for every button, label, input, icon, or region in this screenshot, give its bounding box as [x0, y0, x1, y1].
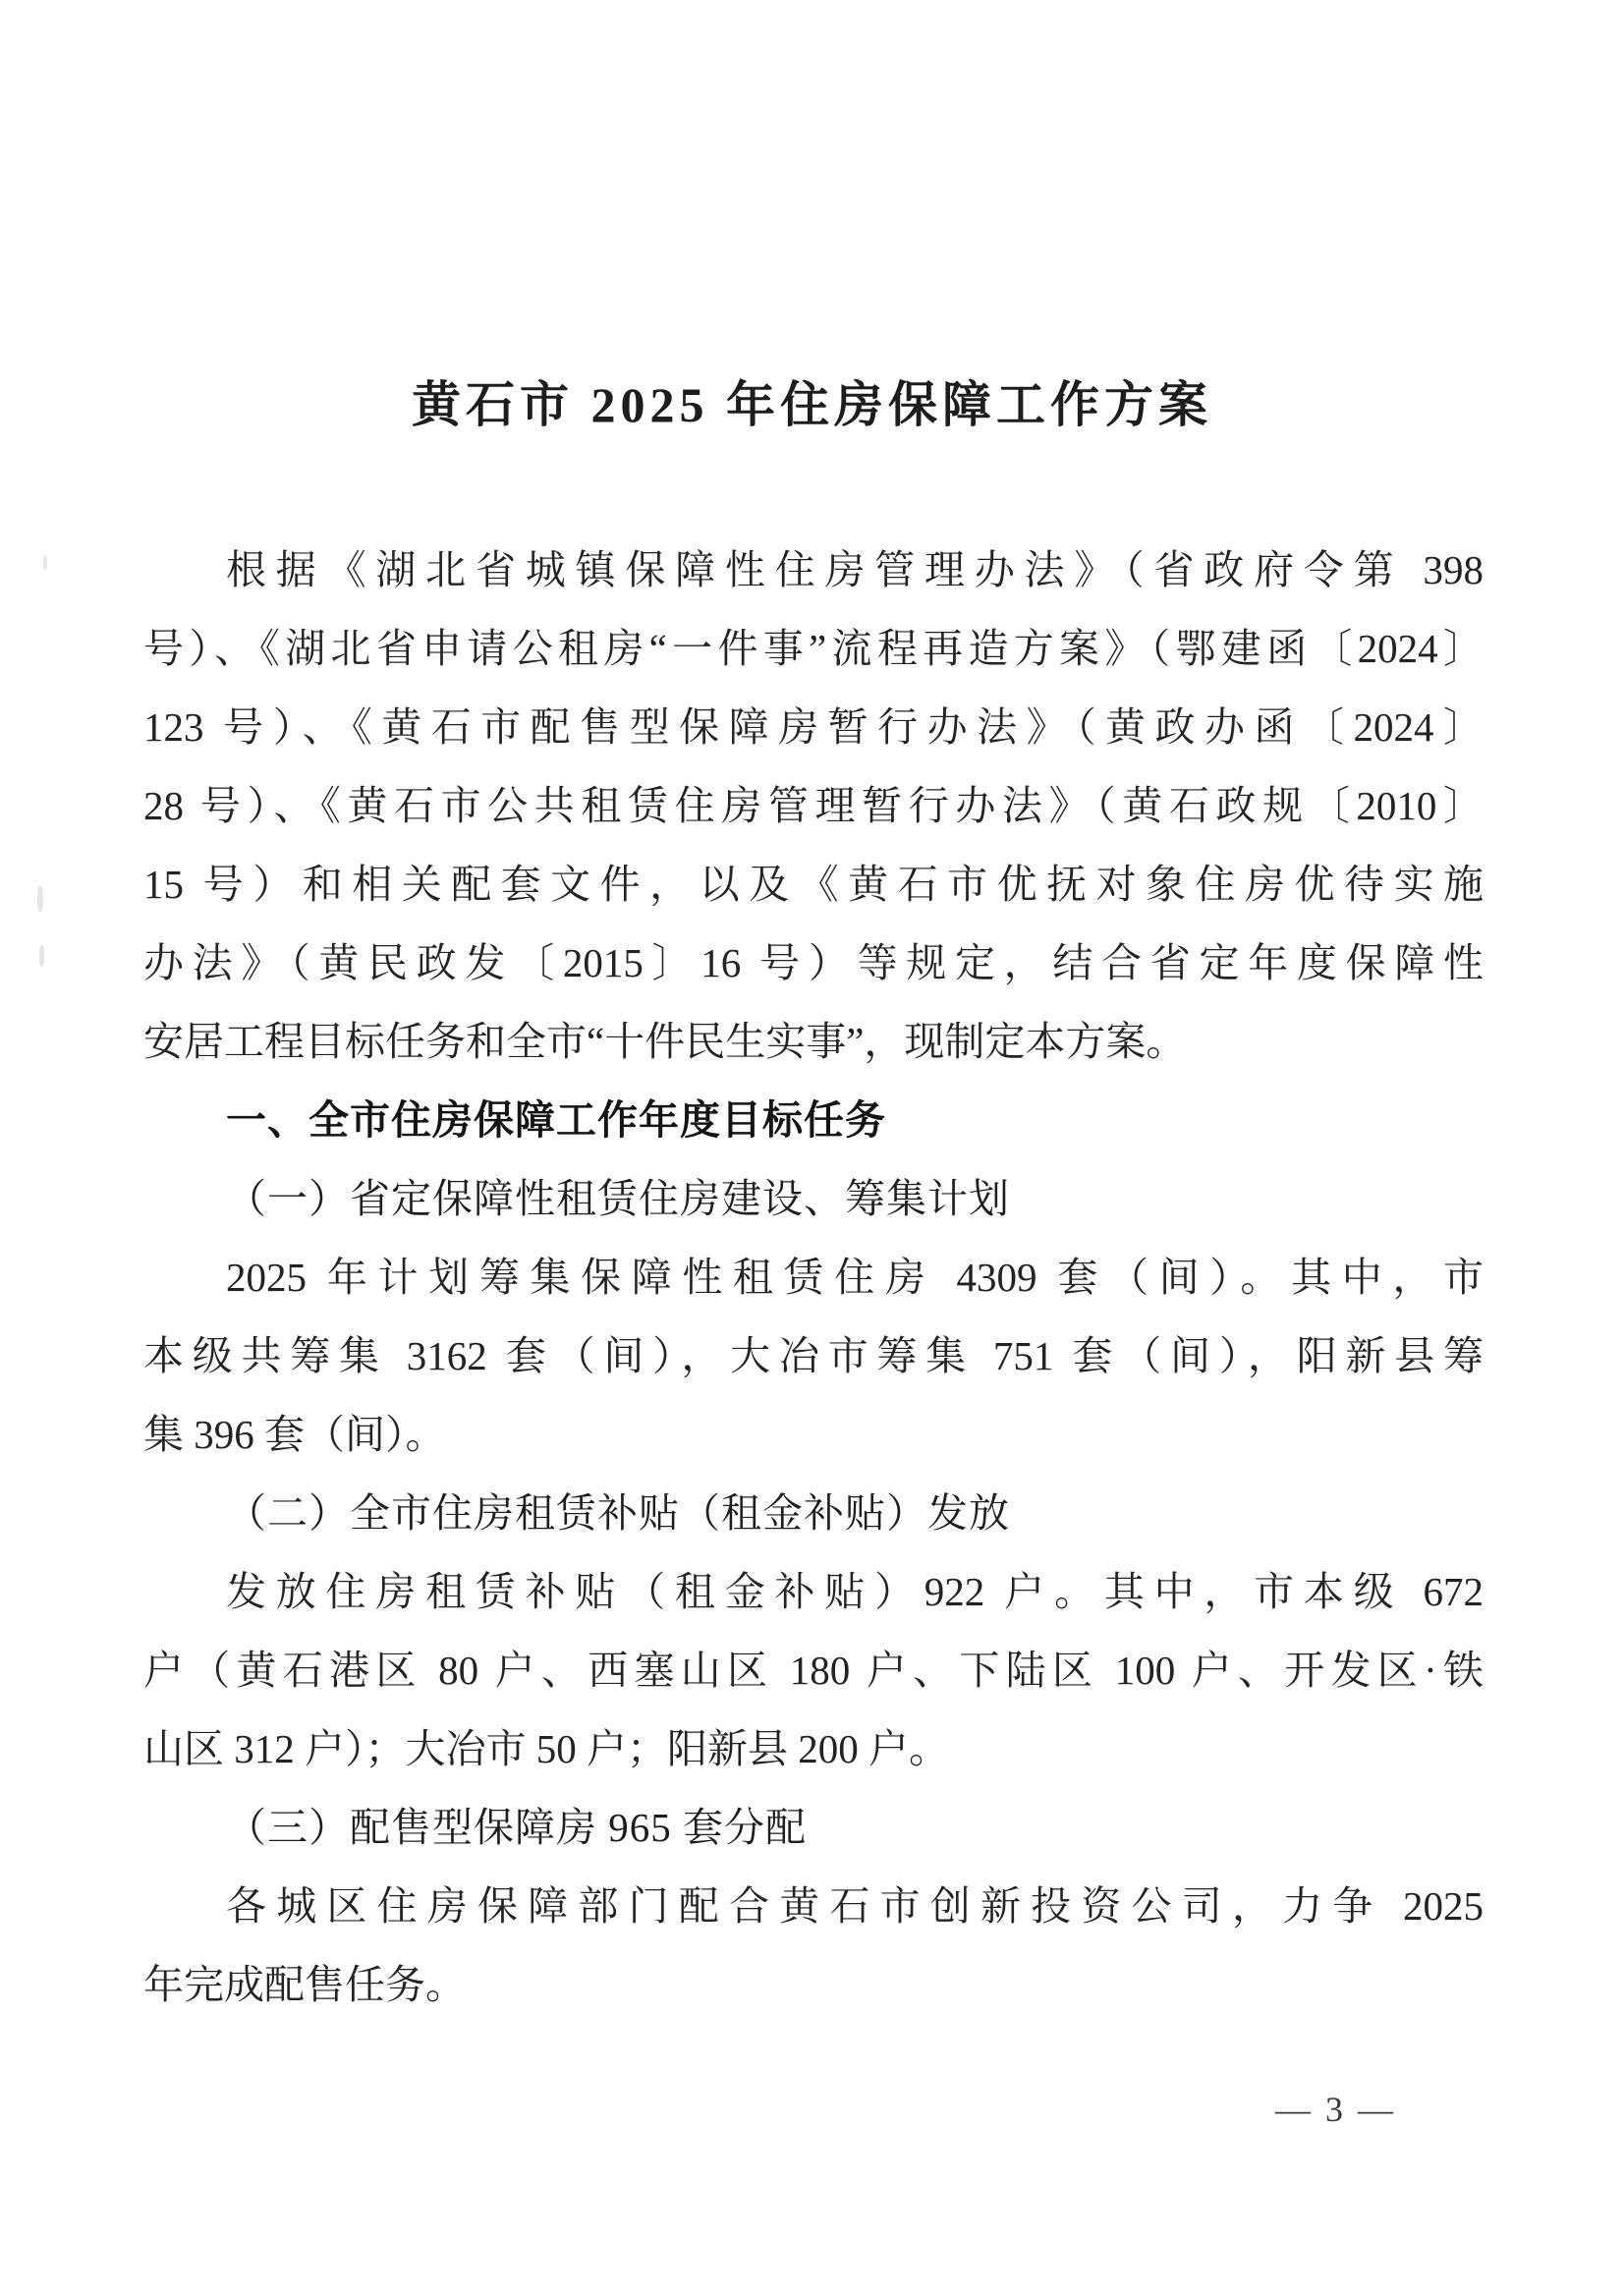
sub-heading: （一）省定保障性租赁住房建设、筹集计划 [143, 1159, 1484, 1238]
text-line: 本级共筹集 3162 套（间），大冶市筹集 751 套（间），阳新县筹 [143, 1316, 1484, 1395]
text-line: 号）、《湖北省申请公租房“一件事”流程再造方案》（鄂建函〔2024〕 [143, 609, 1484, 688]
scan-artifact [43, 556, 47, 570]
text-line: 户（黄石港区 80 户、西塞山区 180 户、下陆区 100 户、开发区·铁 [143, 1631, 1484, 1709]
document-title: 黄石市 2025 年住房保障工作方案 [0, 365, 1624, 436]
text-line: 安居工程目标任务和全市“十件民生实事”，现制定本方案。 [143, 1002, 1484, 1081]
sub-heading: （三）配售型保障房 965 套分配 [143, 1788, 1484, 1867]
text-line: 集 396 套（间）。 [143, 1395, 1484, 1474]
text-line: 根据《湖北省城镇保障性住房管理办法》（省政府令第 398 [143, 531, 1484, 609]
text-line: 年完成配售任务。 [143, 1945, 1484, 2024]
text-line: 办法》（黄民政发〔2015〕16 号）等规定，结合省定年度保障性 [143, 924, 1484, 1002]
sub-heading: （二）全市住房租赁补贴（租金补贴）发放 [143, 1474, 1484, 1552]
text-line: 123 号）、《黄石市配售型保障房暂行办法》（黄政办函〔2024〕 [143, 688, 1484, 766]
section-heading: 一、全市住房保障工作年度目标任务 [143, 1081, 1484, 1159]
text-line: 2025 年计划筹集保障性租赁住房 4309 套（间）。其中，市 [143, 1238, 1484, 1316]
scan-artifact [37, 886, 43, 912]
text-line: 发放住房租赁补贴（租金补贴）922 户。其中，市本级 672 [143, 1552, 1484, 1631]
page-number: — 3 — [1275, 2089, 1396, 2130]
scanned-document-page: 黄石市 2025 年住房保障工作方案 根据《湖北省城镇保障性住房管理办法》（省政… [0, 0, 1624, 2295]
document-body: 根据《湖北省城镇保障性住房管理办法》（省政府令第 398号）、《湖北省申请公租房… [143, 531, 1484, 2024]
text-line: 各城区住房保障部门配合黄石市创新投资公司，力争 2025 [143, 1867, 1484, 1945]
text-line: 28 号）、《黄石市公共租赁住房管理暂行办法》（黄石政规〔2010〕 [143, 766, 1484, 845]
text-line: 山区 312 户）；大冶市 50 户；阳新县 200 户。 [143, 1709, 1484, 1788]
text-line: 15 号）和相关配套文件，以及《黄石市优抚对象住房优待实施 [143, 845, 1484, 924]
scan-artifact [39, 945, 44, 967]
